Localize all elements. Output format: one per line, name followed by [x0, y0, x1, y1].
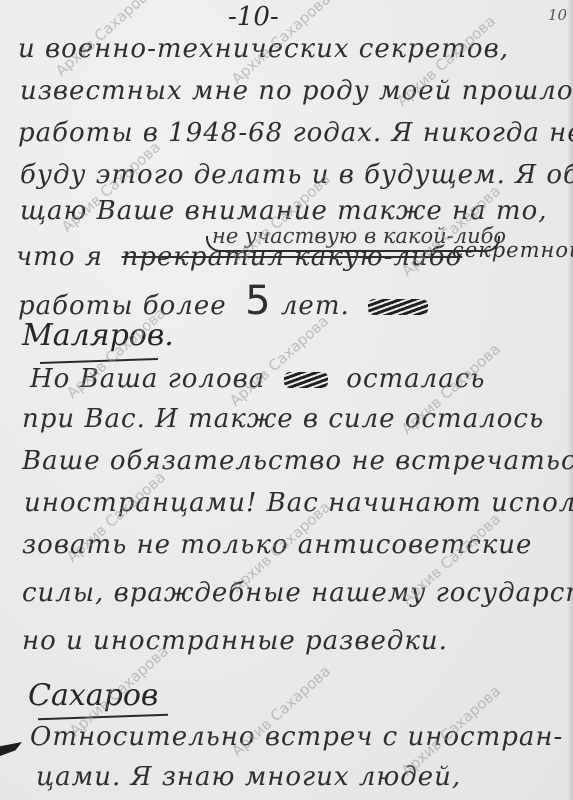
manuscript-page: -10- 10 и военно-технических секретов, и…: [0, 0, 573, 800]
text-line-5: щаю Ваше внимание также на то,: [20, 196, 548, 226]
page-number-center: -10-: [228, 2, 279, 32]
text-years: лет.: [281, 291, 350, 321]
text-five: 5: [245, 278, 271, 324]
scribbled-out-word: [368, 299, 428, 315]
text-but-your-head: Но Ваша голова: [30, 364, 265, 394]
page-number-corner: 10: [548, 6, 567, 24]
text-line-1: и военно-технических секретов,: [18, 34, 509, 64]
text-line-6: что я прекратил какую-либо: [16, 242, 462, 272]
text-line-15: Относительно встреч с иностран-: [30, 722, 563, 752]
text-line-2: известных мне по роду моей прошлой: [20, 76, 573, 106]
text-line-13: силы, враждебные нашему государству,: [22, 578, 573, 608]
struck-text: прекратил какую-либо: [122, 242, 463, 272]
text-word-secret: секретной: [452, 238, 573, 262]
text-word-chto-ya: что я: [16, 242, 103, 272]
text-line-11: иностранцами! Вас начинают исполь-: [24, 488, 573, 518]
text-line-4: буду этого делать и в будущем. Я обра-: [20, 160, 573, 190]
watermark: Архив Сахарова: [226, 312, 332, 410]
text-line-3: работы в 1948-68 годах. Я никогда не: [18, 118, 573, 148]
text-line-14: но и иностранные разведки.: [22, 626, 448, 656]
speaker-underline-2: [38, 714, 168, 721]
text-line-16: цами. Я знаю многих людей,: [36, 762, 461, 792]
text-line-10: Ваше обязательство не встречаться с: [22, 446, 573, 476]
scribbled-out-word-2: [284, 372, 328, 388]
torn-edge: [0, 742, 22, 756]
text-line-12: зовать не только антисоветские: [22, 530, 532, 560]
text-line-9: при Вас. И также в силе осталось: [22, 404, 544, 434]
speaker-sakharov: Сахаров: [28, 678, 158, 713]
text-line-8: Но Ваша голова осталась: [30, 364, 485, 394]
text-remained: осталась: [346, 364, 485, 394]
speaker-malyarov: Маляров.: [22, 318, 174, 353]
text-work-more: работы более: [18, 291, 227, 321]
